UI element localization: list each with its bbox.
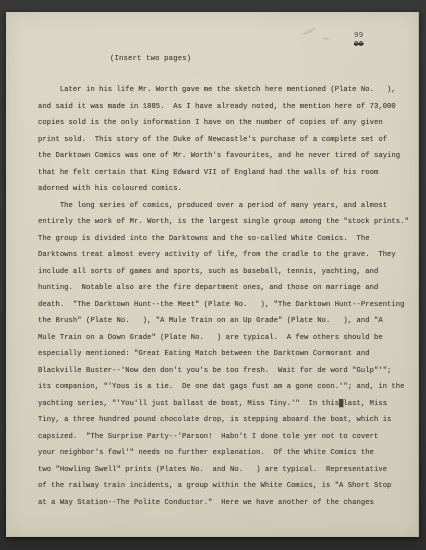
pencil-smudge <box>302 27 316 36</box>
paragraph-2: The long series of comics, produced over… <box>38 198 404 512</box>
struck-page-number: 98 <box>354 41 364 50</box>
page-number-block: 99 98 <box>354 32 364 50</box>
text-line: Blackville Buster--'Now den don't you's … <box>38 363 404 380</box>
text-line: yachting series, "'You'll just ballast d… <box>38 396 404 413</box>
text-line: The group is divided into the Darktowns … <box>38 231 404 248</box>
text-line: hunting. Notable also are the fire depar… <box>38 280 404 297</box>
text-line: Tiny, a three hundred pound chocolate dr… <box>38 412 404 429</box>
insert-note: (Insert two pages) <box>110 55 191 63</box>
text-line: death. "The Darktown Hunt--the Meet" (Pl… <box>38 297 404 314</box>
typewritten-text: Later in his life Mr. Worth gave me the … <box>38 82 404 511</box>
text-line: and said it was made in 1885. As I have … <box>38 99 404 116</box>
text-line: print sold. This story of the Duke of Ne… <box>38 132 404 149</box>
document-page: 99 98 (Insert two pages) Later in his li… <box>6 12 419 537</box>
text-line: Later in his life Mr. Worth gave me the … <box>38 82 404 99</box>
text-line: at a Way Station--The Polite Conductor."… <box>38 495 404 512</box>
text-line: capsized. "The Surprise Party--'Parson! … <box>38 429 404 446</box>
text-line: of the railway train incidents, a group … <box>38 478 404 495</box>
page-number: 99 <box>354 32 364 41</box>
text-line: your neighbor's fowl'" needs no further … <box>38 445 404 462</box>
text-line: the Darktown Comics was one of Mr. Worth… <box>38 148 404 165</box>
text-line: its companion, "'Yous is a tie. De one d… <box>38 379 404 396</box>
text-line: Mule Train on a Down Grade" (Plate No. )… <box>38 330 404 347</box>
text-line: the Brush" (Plate No. ), "A Mule Train o… <box>38 313 404 330</box>
text-line: copies sold is the only information I ha… <box>38 115 404 132</box>
text-line: The long series of comics, produced over… <box>38 198 404 215</box>
text-line: adorned with his coloured comics. <box>38 181 404 198</box>
paragraph-1: Later in his life Mr. Worth gave me the … <box>38 82 404 198</box>
pencil-smudge <box>322 37 330 41</box>
text-line: two "Howling Swell" prints (Plates No. a… <box>38 462 404 479</box>
text-line: that he felt certain that King Edward VI… <box>38 165 404 182</box>
text-line: especially mentioned: "Great Eating Matc… <box>38 346 404 363</box>
text-line: entirely the work of Mr. Worth, is the l… <box>38 214 404 231</box>
text-line: Darktowns treat almost every activity of… <box>38 247 404 264</box>
text-line: include all sorts of games and sports, s… <box>38 264 404 281</box>
